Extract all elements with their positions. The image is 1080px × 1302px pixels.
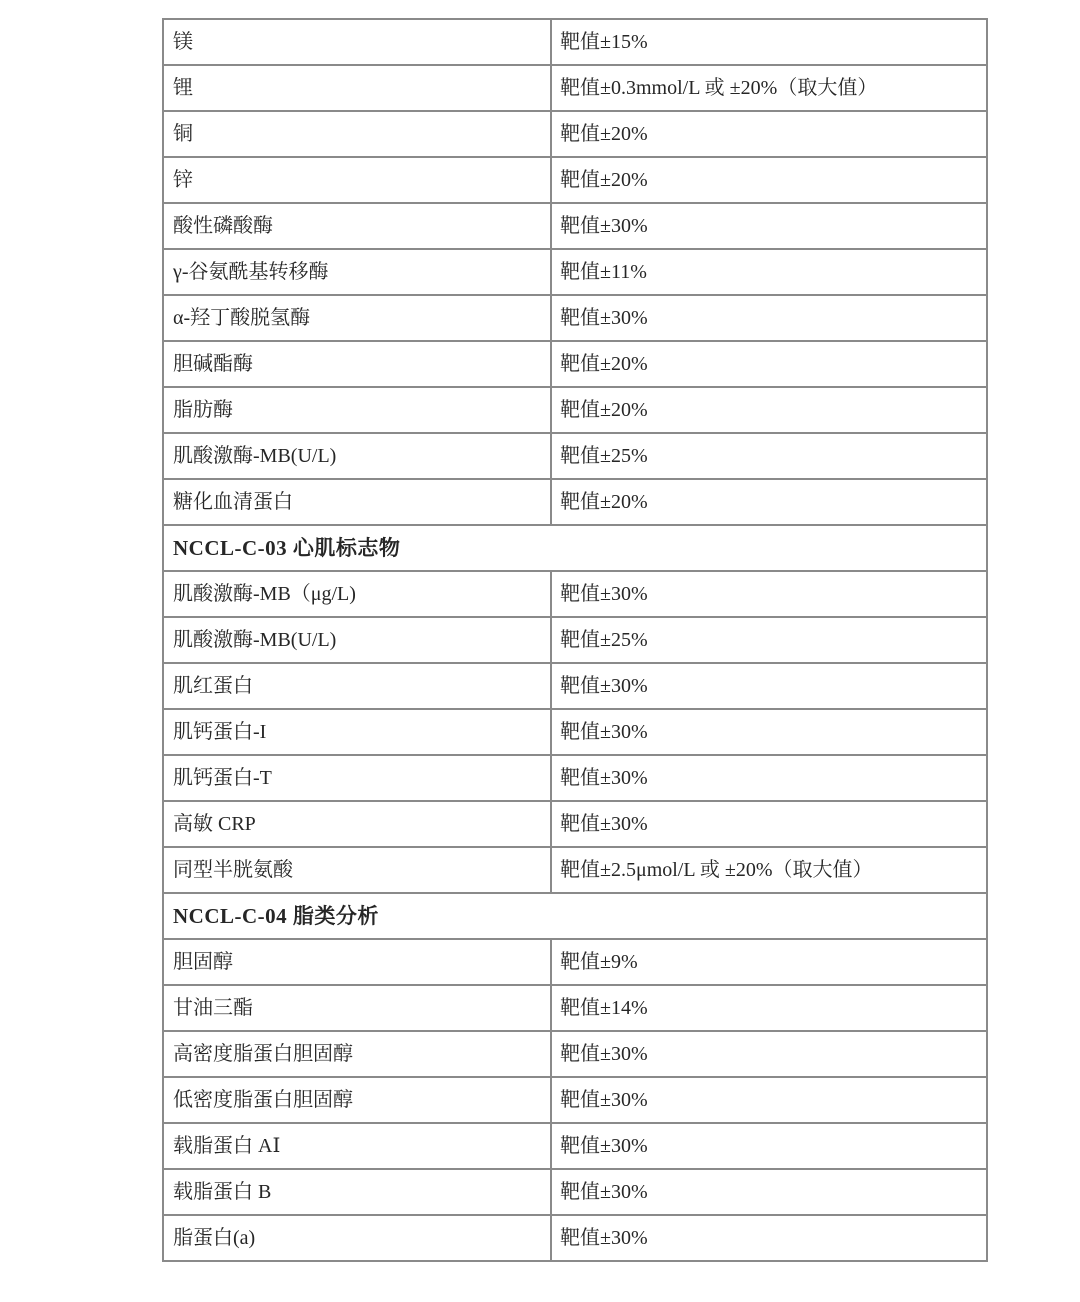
table-row: 肌酸激酶-MB（μg/L) 靶值±30% xyxy=(163,571,987,617)
qc-table-body: 镁 靶值±15% 锂 靶值±0.3mmol/L 或 ±20%（取大值） 铜 靶值… xyxy=(163,19,987,1261)
table-row: 载脂蛋白 B 靶值±30% xyxy=(163,1169,987,1215)
analyte-name-cell: 胆碱酯酶 xyxy=(163,341,551,387)
table-row: α-羟丁酸脱氢酶 靶值±30% xyxy=(163,295,987,341)
table-row: 甘油三酯 靶值±14% xyxy=(163,985,987,1031)
target-value-cell: 靶值±30% xyxy=(551,755,987,801)
target-value-cell: 靶值±30% xyxy=(551,1031,987,1077)
target-value-cell: 靶值±30% xyxy=(551,663,987,709)
analyte-name-cell: 镁 xyxy=(163,19,551,65)
analyte-name-cell: 甘油三酯 xyxy=(163,985,551,1031)
table-row: 肌酸激酶-MB(U/L) 靶值±25% xyxy=(163,617,987,663)
target-value-cell: 靶值±11% xyxy=(551,249,987,295)
analyte-name-cell: 肌酸激酶-MB（μg/L) xyxy=(163,571,551,617)
target-value-cell: 靶值±30% xyxy=(551,1169,987,1215)
analyte-name-cell: 载脂蛋白 AⅠ xyxy=(163,1123,551,1169)
target-value-cell: 靶值±30% xyxy=(551,1123,987,1169)
target-value-cell: 靶值±9% xyxy=(551,939,987,985)
table-row: 胆碱酯酶 靶值±20% xyxy=(163,341,987,387)
table-row: 低密度脂蛋白胆固醇 靶值±30% xyxy=(163,1077,987,1123)
table-row: 胆固醇 靶值±9% xyxy=(163,939,987,985)
target-value-cell: 靶值±0.3mmol/L 或 ±20%（取大值） xyxy=(551,65,987,111)
analyte-name-cell: 肌钙蛋白-T xyxy=(163,755,551,801)
table-row: 高敏 CRP 靶值±30% xyxy=(163,801,987,847)
table-row: 镁 靶值±15% xyxy=(163,19,987,65)
section-header-row: NCCL-C-04 脂类分析 xyxy=(163,893,987,939)
table-row: 肌钙蛋白-T 靶值±30% xyxy=(163,755,987,801)
analyte-name-cell: 酸性磷酸酶 xyxy=(163,203,551,249)
section-title-cell: NCCL-C-03 心肌标志物 xyxy=(163,525,987,571)
table-row: 锌 靶值±20% xyxy=(163,157,987,203)
table-row: 糖化血清蛋白 靶值±20% xyxy=(163,479,987,525)
analyte-name-cell: 脂肪酶 xyxy=(163,387,551,433)
analyte-name-cell: α-羟丁酸脱氢酶 xyxy=(163,295,551,341)
analyte-name-cell: 肌酸激酶-MB(U/L) xyxy=(163,617,551,663)
table-row: 同型半胱氨酸 靶值±2.5μmol/L 或 ±20%（取大值） xyxy=(163,847,987,893)
target-value-cell: 靶值±15% xyxy=(551,19,987,65)
analyte-name-cell: 高敏 CRP xyxy=(163,801,551,847)
analyte-name-cell: 肌酸激酶-MB(U/L) xyxy=(163,433,551,479)
analyte-name-cell: 载脂蛋白 B xyxy=(163,1169,551,1215)
table-row: 载脂蛋白 AⅠ 靶值±30% xyxy=(163,1123,987,1169)
target-value-cell: 靶值±20% xyxy=(551,341,987,387)
section-header-row: NCCL-C-03 心肌标志物 xyxy=(163,525,987,571)
section-title-cell: NCCL-C-04 脂类分析 xyxy=(163,893,987,939)
analyte-name-cell: 肌红蛋白 xyxy=(163,663,551,709)
table-row: 高密度脂蛋白胆固醇 靶值±30% xyxy=(163,1031,987,1077)
target-value-cell: 靶值±30% xyxy=(551,571,987,617)
qc-criteria-table: 镁 靶值±15% 锂 靶值±0.3mmol/L 或 ±20%（取大值） 铜 靶值… xyxy=(162,18,988,1262)
target-value-cell: 靶值±30% xyxy=(551,1077,987,1123)
target-value-cell: 靶值±20% xyxy=(551,387,987,433)
table-row: 肌钙蛋白-I 靶值±30% xyxy=(163,709,987,755)
table-row: 肌红蛋白 靶值±30% xyxy=(163,663,987,709)
table-row: 铜 靶值±20% xyxy=(163,111,987,157)
analyte-name-cell: 脂蛋白(a) xyxy=(163,1215,551,1261)
target-value-cell: 靶值±25% xyxy=(551,617,987,663)
analyte-name-cell: 胆固醇 xyxy=(163,939,551,985)
target-value-cell: 靶值±2.5μmol/L 或 ±20%（取大值） xyxy=(551,847,987,893)
target-value-cell: 靶值±30% xyxy=(551,1215,987,1261)
target-value-cell: 靶值±30% xyxy=(551,203,987,249)
target-value-cell: 靶值±30% xyxy=(551,801,987,847)
document-page: 镁 靶值±15% 锂 靶值±0.3mmol/L 或 ±20%（取大值） 铜 靶值… xyxy=(0,0,1080,1302)
analyte-name-cell: 铜 xyxy=(163,111,551,157)
table-row: 脂肪酶 靶值±20% xyxy=(163,387,987,433)
target-value-cell: 靶值±20% xyxy=(551,479,987,525)
analyte-name-cell: 糖化血清蛋白 xyxy=(163,479,551,525)
table-row: 脂蛋白(a) 靶值±30% xyxy=(163,1215,987,1261)
table-row: γ-谷氨酰基转移酶 靶值±11% xyxy=(163,249,987,295)
target-value-cell: 靶值±25% xyxy=(551,433,987,479)
analyte-name-cell: γ-谷氨酰基转移酶 xyxy=(163,249,551,295)
target-value-cell: 靶值±30% xyxy=(551,709,987,755)
table-row: 酸性磷酸酶 靶值±30% xyxy=(163,203,987,249)
table-row: 锂 靶值±0.3mmol/L 或 ±20%（取大值） xyxy=(163,65,987,111)
analyte-name-cell: 锂 xyxy=(163,65,551,111)
target-value-cell: 靶值±14% xyxy=(551,985,987,1031)
target-value-cell: 靶值±30% xyxy=(551,295,987,341)
analyte-name-cell: 低密度脂蛋白胆固醇 xyxy=(163,1077,551,1123)
analyte-name-cell: 高密度脂蛋白胆固醇 xyxy=(163,1031,551,1077)
target-value-cell: 靶值±20% xyxy=(551,157,987,203)
table-row: 肌酸激酶-MB(U/L) 靶值±25% xyxy=(163,433,987,479)
target-value-cell: 靶值±20% xyxy=(551,111,987,157)
analyte-name-cell: 锌 xyxy=(163,157,551,203)
analyte-name-cell: 同型半胱氨酸 xyxy=(163,847,551,893)
analyte-name-cell: 肌钙蛋白-I xyxy=(163,709,551,755)
